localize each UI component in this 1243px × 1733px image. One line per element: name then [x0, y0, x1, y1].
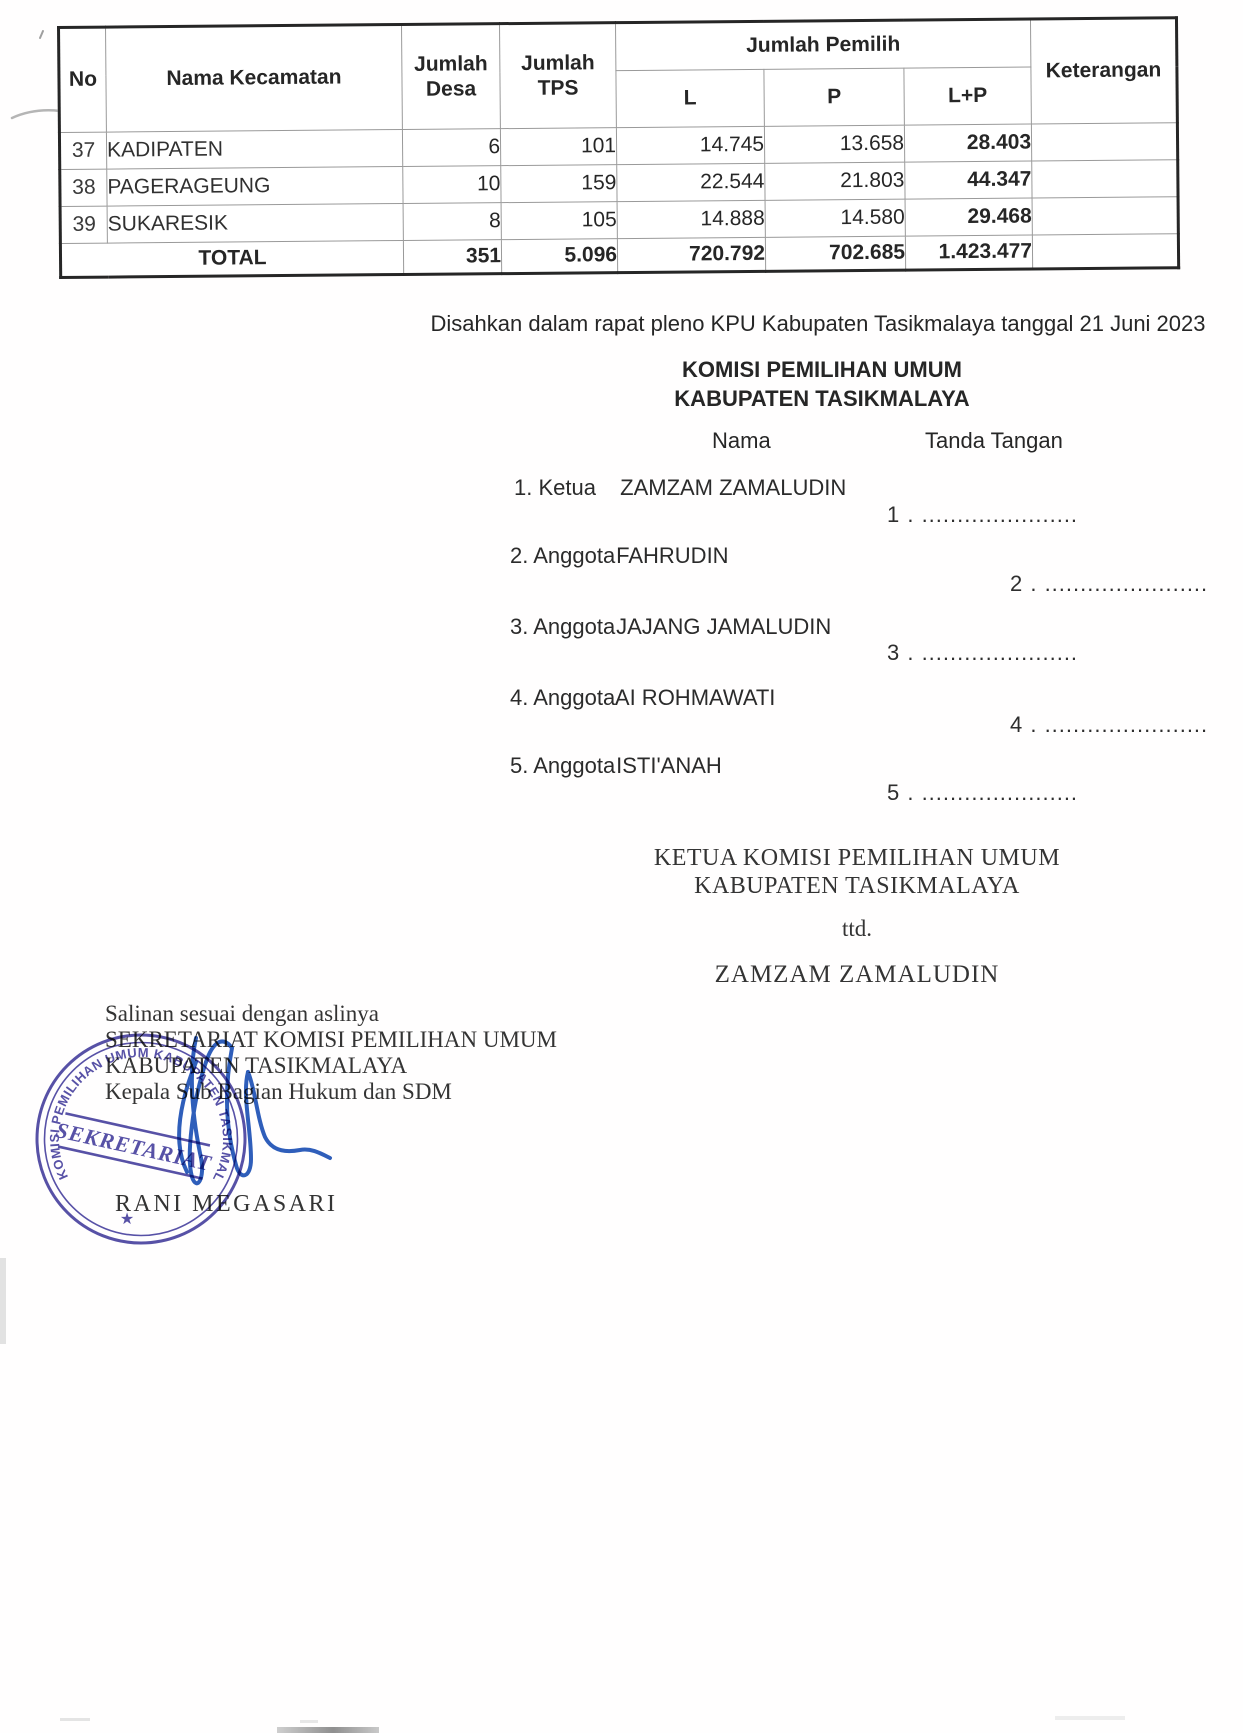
scan-artifact-speckle — [60, 1718, 90, 1721]
signature-ink — [0, 0, 1243, 1733]
scanned-document-page: No Nama Kecamatan Jumlah Desa Jumlah TPS… — [0, 0, 1243, 1733]
scan-artifact-bottom-bar — [277, 1727, 379, 1733]
scan-artifact-speckle — [300, 1720, 318, 1723]
scan-artifact-speckle — [1055, 1716, 1125, 1720]
scan-artifact-left-edge — [0, 1258, 6, 1344]
